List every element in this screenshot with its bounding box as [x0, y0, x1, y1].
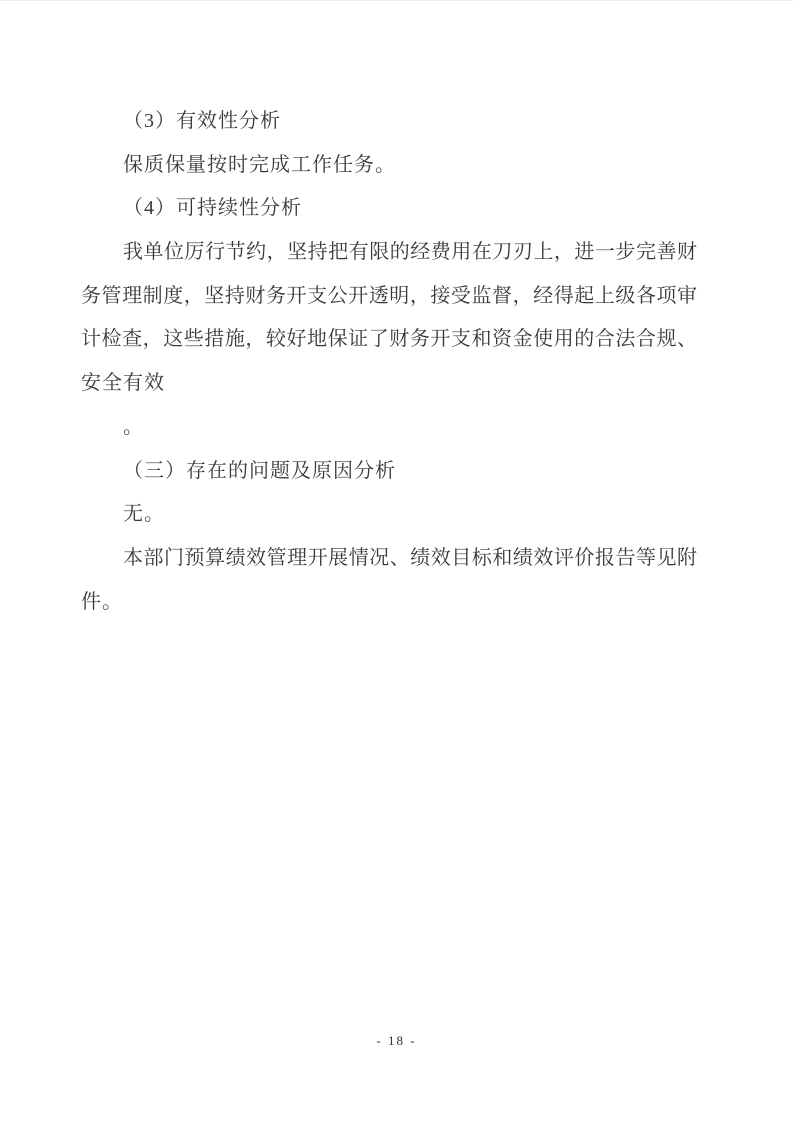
paragraph-none: 无。	[81, 493, 697, 537]
heading-effectiveness-analysis: （3）有效性分析	[81, 100, 697, 144]
paragraph-appendix-line-2: 件。	[81, 581, 697, 625]
paragraph-sustainability-line-1: 我单位厉行节约，坚持把有限的经费用在刀刃上，进一步完善财	[81, 231, 697, 275]
page-number: - 18 -	[0, 1033, 793, 1049]
paragraph-sustainability-line-3: 计检查，这些措施，较好地保证了财务开支和资金使用的合法合规、	[81, 318, 697, 362]
paragraph-standalone-period: 。	[81, 406, 697, 450]
paragraph-appendix-line-1: 本部门预算绩效管理开展情况、绩效目标和绩效评价报告等见附	[81, 537, 697, 581]
heading-sustainability-analysis: （4）可持续性分析	[81, 187, 697, 231]
paragraph-task-completion: 保质保量按时完成工作任务。	[81, 144, 697, 188]
document-page: （3）有效性分析 保质保量按时完成工作任务。 （4）可持续性分析 我单位厉行节约…	[0, 0, 793, 1122]
heading-problems-and-causes-analysis: （三）存在的问题及原因分析	[81, 450, 697, 494]
paragraph-sustainability-line-2: 务管理制度，坚持财务开支公开透明，接受监督，经得起上级各项审	[81, 275, 697, 319]
document-body: （3）有效性分析 保质保量按时完成工作任务。 （4）可持续性分析 我单位厉行节约…	[81, 100, 697, 624]
paragraph-sustainability-line-4: 安全有效	[81, 362, 697, 406]
